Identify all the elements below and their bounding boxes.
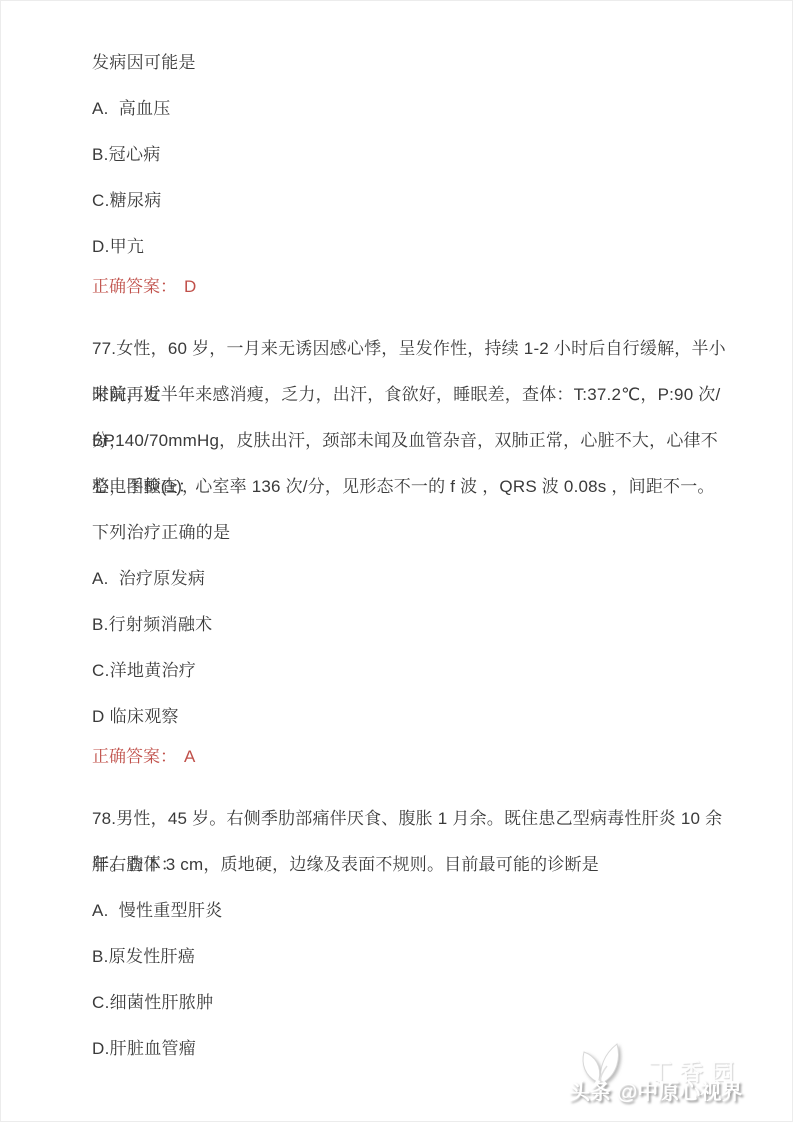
exam-question-list: 发病因可能是 A. 高血压 B.冠心病 C.糖尿病 D.甲亢 正确答案：D 77… xyxy=(92,40,732,1072)
document-page: 发病因可能是 A. 高血压 B.冠心病 C.糖尿病 D.甲亢 正确答案：D 77… xyxy=(0,0,793,1122)
question-separator xyxy=(92,303,732,326)
option-b: B.冠心病 xyxy=(92,132,732,178)
question-block-78: 78.男性，45 岁。右侧季肋部痛伴厌食、腹胀 1 月余。既住患乙型病毒性肝炎 … xyxy=(92,796,732,1072)
option-c: C.洋地黄治疗 xyxy=(92,648,732,694)
case-line: 来院，近半年来感消瘦，乏力，出汗，食欲好，睡眠差，查体：T:37.2℃，P:90… xyxy=(92,372,732,418)
option-d: D.肝脏血管瘤 xyxy=(92,1026,732,1072)
question-separator xyxy=(92,773,732,796)
question-stem: 下列治疗正确的是 xyxy=(92,510,732,556)
answer-label: 正确答案： xyxy=(92,277,177,296)
question-block-76: 发病因可能是 A. 高血压 B.冠心病 C.糖尿病 D.甲亢 正确答案：D xyxy=(92,40,732,303)
option-b: B.原发性肝癌 xyxy=(92,934,732,980)
option-d: D.甲亢 xyxy=(92,224,732,270)
question-stem: 发病因可能是 xyxy=(92,40,732,86)
case-line: 77.女性，60 岁，一月来无诱因感心悸，呈发作性，持续 1-2 小时后自行缓解… xyxy=(92,326,732,372)
answer-label: 正确答案： xyxy=(92,747,177,766)
option-c: C.细菌性肝脓肿 xyxy=(92,980,732,1026)
case-line: 心电图检查：心室率 136 次/分，见形态不一的 f 波 ，QRS 波 0.08… xyxy=(92,464,732,510)
option-a: A. 高血压 xyxy=(92,86,732,132)
option-a: A. 治疗原发病 xyxy=(92,556,732,602)
answer-value: A xyxy=(184,747,195,766)
answer-line: 正确答案：A xyxy=(92,740,732,773)
option-c: C.糖尿病 xyxy=(92,178,732,224)
answer-line: 正确答案：D xyxy=(92,270,732,303)
case-line: BP140/70mmHg，皮肤出汗，颈部未闻及血管杂音，双肺正常，心脏不大，心律… xyxy=(92,418,732,464)
option-a: A. 慢性重型肝炎 xyxy=(92,888,732,934)
watermark-main-text: 头条 @中原心视界 xyxy=(569,1076,742,1106)
case-line: 肝右肋下 3 cm，质地硬，边缘及表面不规则。目前最可能的诊断是 xyxy=(92,842,732,888)
case-line: 78.男性，45 岁。右侧季肋部痛伴厌食、腹胀 1 月余。既住患乙型病毒性肝炎 … xyxy=(92,796,732,842)
option-b: B.行射频消融术 xyxy=(92,602,732,648)
option-d: D 临床观察 xyxy=(92,694,732,740)
question-block-77: 77.女性，60 岁，一月来无诱因感心悸，呈发作性，持续 1-2 小时后自行缓解… xyxy=(92,326,732,773)
answer-value: D xyxy=(184,277,196,296)
